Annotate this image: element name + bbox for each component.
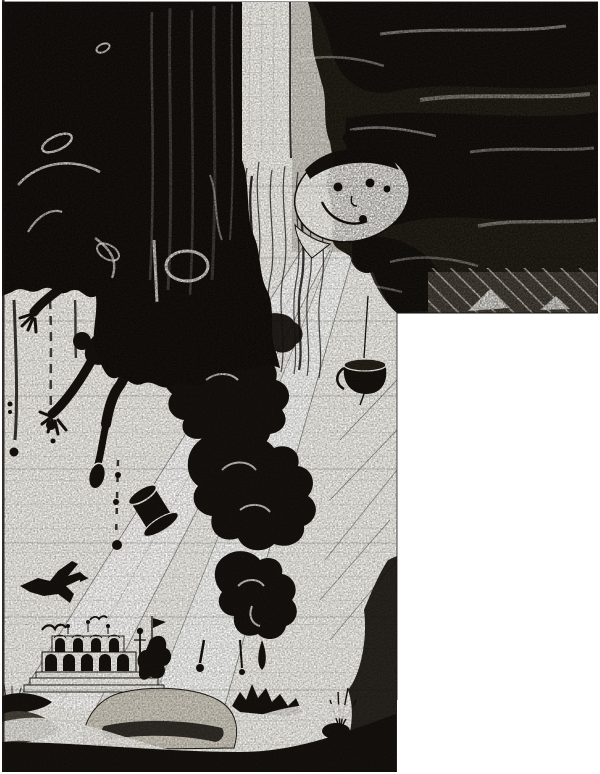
border-left: [2, 0, 5, 772]
illustration-canvas: [0, 0, 600, 774]
illustration-plate: [0, 0, 600, 774]
